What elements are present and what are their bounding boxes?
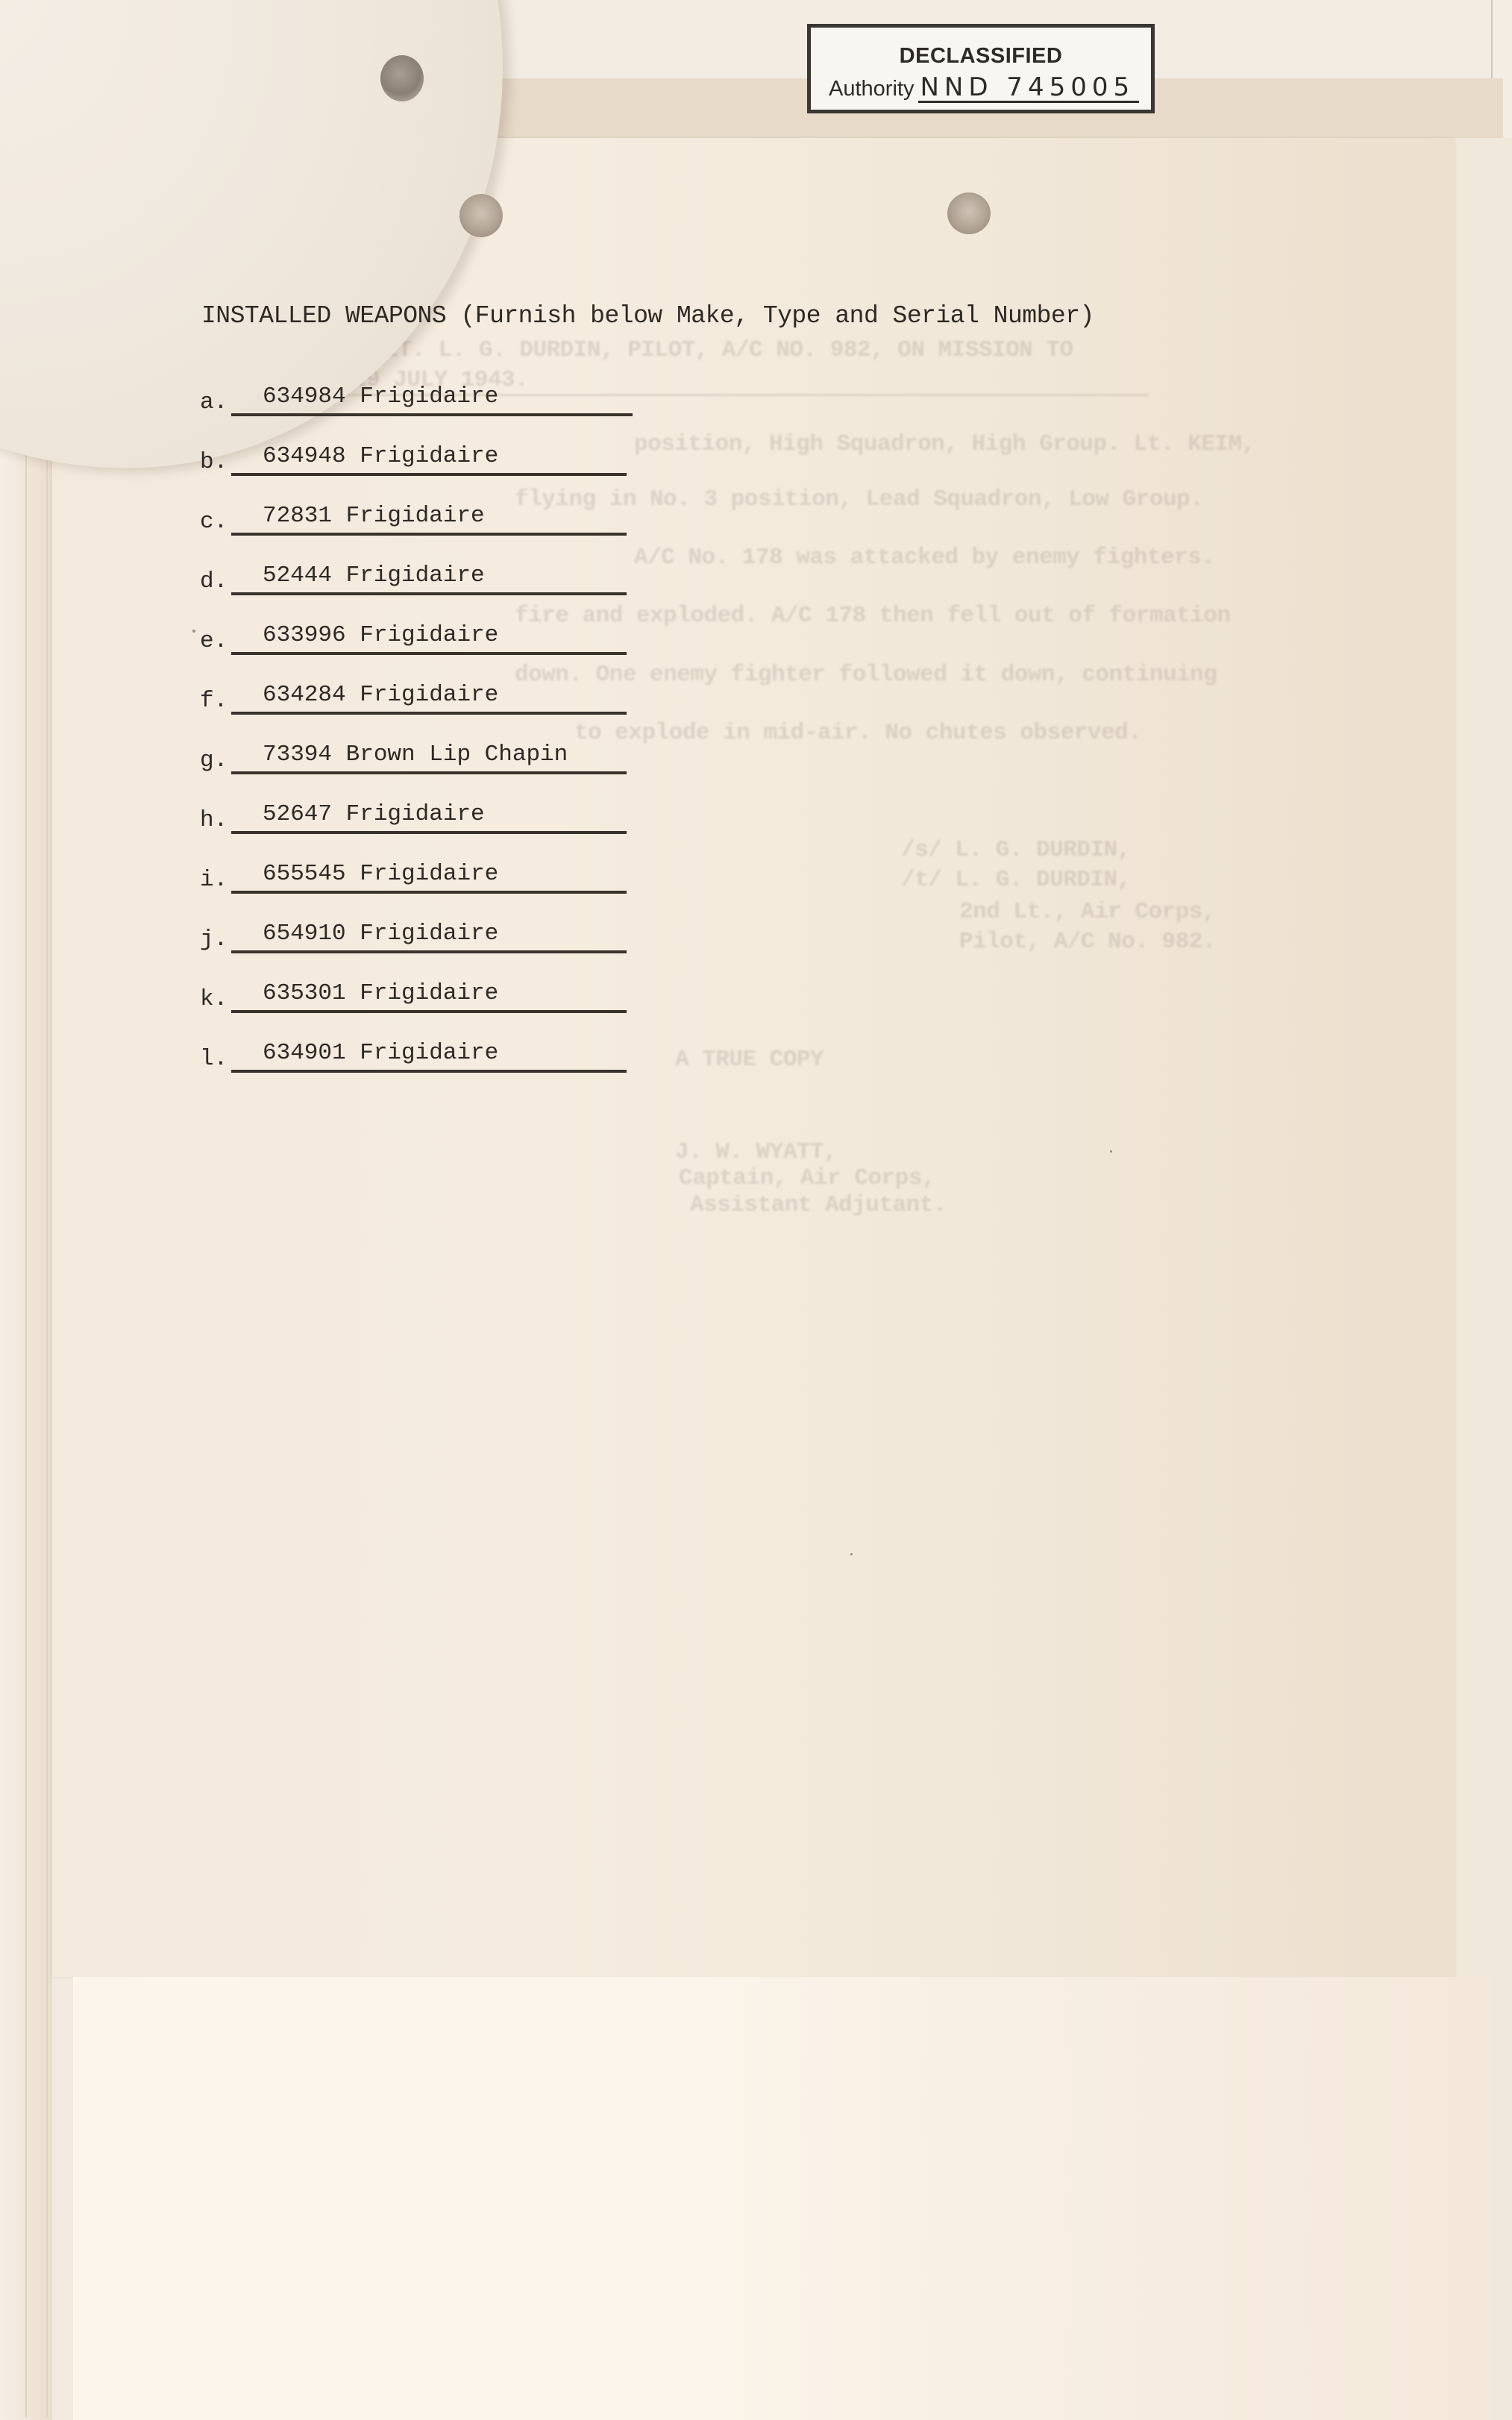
weapon-letter: i. xyxy=(200,867,231,894)
weapon-entry: e. 633996 Frigidaire xyxy=(200,595,662,655)
page-edge-line xyxy=(25,448,27,2417)
weapon-letter: f. xyxy=(200,688,231,715)
underlying-page-lower xyxy=(73,1977,1490,2420)
weapon-value: 635301 Frigidaire xyxy=(231,980,627,1013)
weapon-letter: k. xyxy=(200,986,231,1013)
installed-weapons-list: a. 634984 Frigidaire b. 634948 Frigidair… xyxy=(200,357,662,1073)
weapon-entry: f. 634284 Frigidaire xyxy=(200,655,662,715)
page-edge-line xyxy=(46,448,48,2417)
punch-hole xyxy=(947,192,991,234)
declassified-stamp: DECLASSIFIED Authority NND 745005 xyxy=(807,24,1155,113)
paper-speck xyxy=(850,1553,853,1555)
ghost-signature: 2nd Lt., Air Corps, xyxy=(959,899,1216,925)
ghost-certifier: Captain, Air Corps, xyxy=(679,1165,935,1191)
weapon-entry: l. 634901 Frigidaire xyxy=(200,1013,662,1073)
paper-speck xyxy=(1110,1150,1112,1153)
weapon-entry: b. 634948 Frigidaire xyxy=(200,416,662,476)
ghost-line: A/C No. 178 was attacked by enemy fighte… xyxy=(634,545,1214,571)
weapon-entry: d. 52444 Frigidaire xyxy=(200,536,662,595)
stamp-authority-value: NND 745005 xyxy=(918,74,1139,103)
weapon-letter: l. xyxy=(200,1046,231,1073)
weapon-letter: b. xyxy=(200,449,231,476)
weapon-letter: a. xyxy=(200,389,231,416)
weapon-letter: d. xyxy=(200,568,231,595)
weapon-value: 73394 Brown Lip Chapin xyxy=(231,742,627,774)
weapon-entry: i. 655545 Frigidaire xyxy=(200,834,662,894)
weapon-value: 633996 Frigidaire xyxy=(231,622,627,655)
weapon-value: 655545 Frigidaire xyxy=(231,861,627,894)
weapon-letter: g. xyxy=(200,747,231,774)
weapon-value: 634948 Frigidaire xyxy=(231,443,627,476)
weapon-entry: k. 635301 Frigidaire xyxy=(200,953,662,1013)
stamp-authority-row: Authority NND 745005 xyxy=(829,74,1139,104)
weapon-value: 634284 Frigidaire xyxy=(231,682,627,715)
ghost-signature: Pilot, A/C No. 982. xyxy=(959,929,1216,955)
weapon-letter: e. xyxy=(200,628,231,655)
weapon-entry: a. 634984 Frigidaire xyxy=(200,357,662,416)
weapon-value: 654910 Frigidaire xyxy=(231,921,627,953)
ghost-signature: /s/ L. G. DURDIN, xyxy=(901,837,1131,863)
weapon-entry: c. 72831 Frigidaire xyxy=(200,476,662,536)
ghost-line: position, High Squadron, High Group. Lt.… xyxy=(634,431,1255,457)
weapon-value: 72831 Frigidaire xyxy=(231,503,627,536)
stamp-title: DECLASSIFIED xyxy=(811,44,1151,69)
ghost-certifier: J. W. WYATT, xyxy=(675,1139,837,1165)
weapon-value: 52647 Frigidaire xyxy=(231,801,627,834)
punch-hole xyxy=(380,55,424,101)
paper-speck xyxy=(192,630,195,633)
weapon-entry: h. 52647 Frigidaire xyxy=(200,774,662,834)
form-heading: INSTALLED WEAPONS (Furnish below Make, T… xyxy=(201,302,1094,330)
weapon-value: 634984 Frigidaire xyxy=(231,383,633,416)
ghost-true-copy: A TRUE COPY xyxy=(675,1047,824,1073)
punch-hole xyxy=(459,194,503,237)
weapon-value: 52444 Frigidaire xyxy=(231,562,627,595)
weapon-entry: g. 73394 Brown Lip Chapin xyxy=(200,715,662,774)
weapon-entry: j. 654910 Frigidaire xyxy=(200,894,662,953)
weapon-letter: c. xyxy=(200,509,231,536)
ghost-signature: /t/ L. G. DURDIN, xyxy=(901,867,1131,893)
weapon-letter: h. xyxy=(200,807,231,834)
stamp-authority-label: Authority xyxy=(829,77,914,101)
weapon-value: 634901 Frigidaire xyxy=(231,1040,627,1073)
ghost-certifier: Assistant Adjutant. xyxy=(690,1192,947,1218)
weapon-letter: j. xyxy=(200,927,231,953)
